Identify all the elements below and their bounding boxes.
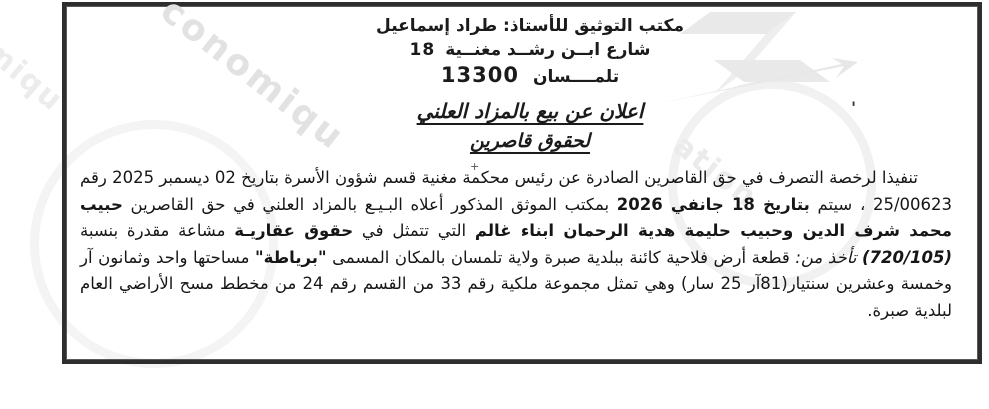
auction-title: اعلان عن بيع بالمزاد العلني [417,96,644,126]
address-line: 18 شارع ابــن رشــد مغنــية [315,38,745,63]
street-number: 18 [410,38,436,63]
document-content: مكتب التوثيق للأستاذ: طراد إسماعيل 18 شا… [66,6,978,356]
notary-office-line: مكتب التوثيق للأستاذ: طراد إسماعيل [315,14,745,38]
scanned-notice-page: conomiqu omiqu ation مكتب التوثيق للأستا… [0,0,989,409]
postal-code: 13300 [441,63,519,88]
notary-header: مكتب التوثيق للأستاذ: طراد إسماعيل 18 شا… [315,14,745,90]
watermark-text-left: omiqu [0,18,70,119]
announcement-titles: ' اعلان عن بيع بالمزاد العلني لحقوق قاصر… [74,96,986,155]
stray-plus-mark: + [470,160,479,173]
minors-rights-subtitle: لحقوق قاصرين [470,127,590,155]
stray-tick-mark: ' [851,98,856,117]
body-paragraph: تنفيذا لرخصة التصرف في حق القاصرين الصاد… [66,165,978,324]
city-name: تلمــــسان [533,65,619,90]
minors-rights-subtitle-wrap: لحقوق قاصرين [74,127,986,155]
postal-line: 13300 تلمــــسان [315,63,745,90]
street-name: شارع ابــن رشــد مغنــية [445,38,650,63]
